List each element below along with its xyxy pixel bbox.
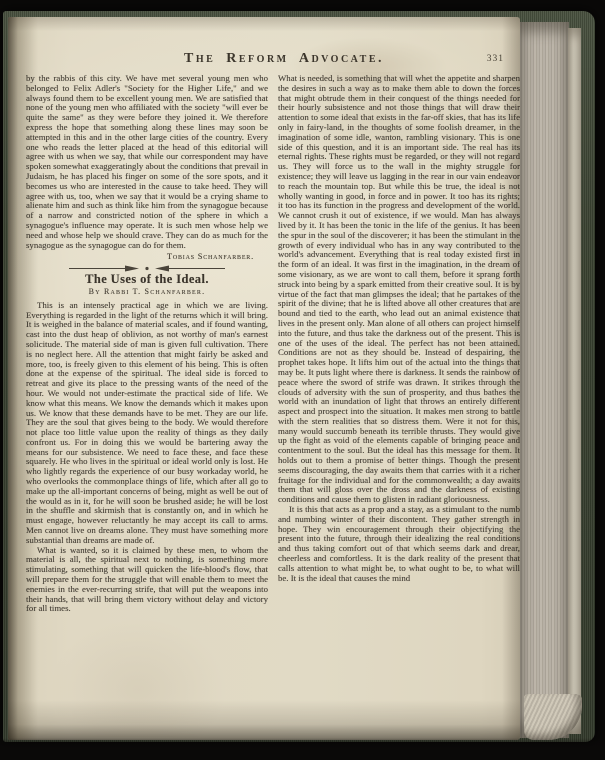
article-paragraph: What is needed, is something that will w… — [278, 74, 520, 505]
book-scan: The Reform Advocate. 331 by the rabbis o… — [0, 0, 605, 760]
flyleaf-edge — [568, 28, 581, 734]
editorial-signature: Tobias Schanfarber. — [26, 252, 268, 262]
article-byline: By Rabbi T. Schanfarber. — [26, 287, 268, 297]
running-head: The Reform Advocate. 331 — [26, 51, 518, 71]
editorial-paragraph: by the rabbis of this city. We have met … — [26, 74, 268, 250]
article-paragraph: What is wanted, so it is claimed by thes… — [26, 546, 268, 615]
scan-bottom-shadow — [0, 738, 605, 760]
page-edges-stack — [518, 22, 569, 738]
page-number: 331 — [487, 54, 504, 64]
publication-title: The Reform Advocate. — [184, 51, 384, 67]
article-title: The Uses of the Ideal. — [26, 275, 268, 285]
right-column: What is needed, is something that will w… — [278, 74, 520, 734]
left-column: by the rabbis of this city. We have met … — [26, 74, 268, 734]
article-paragraph: This is an intensely practical age in wh… — [26, 301, 268, 546]
text-columns: by the rabbis of this city. We have met … — [26, 74, 520, 734]
magazine-page: The Reform Advocate. 331 by the rabbis o… — [8, 17, 520, 740]
article-paragraph: It is this that acts as a prop and a sta… — [278, 505, 520, 583]
